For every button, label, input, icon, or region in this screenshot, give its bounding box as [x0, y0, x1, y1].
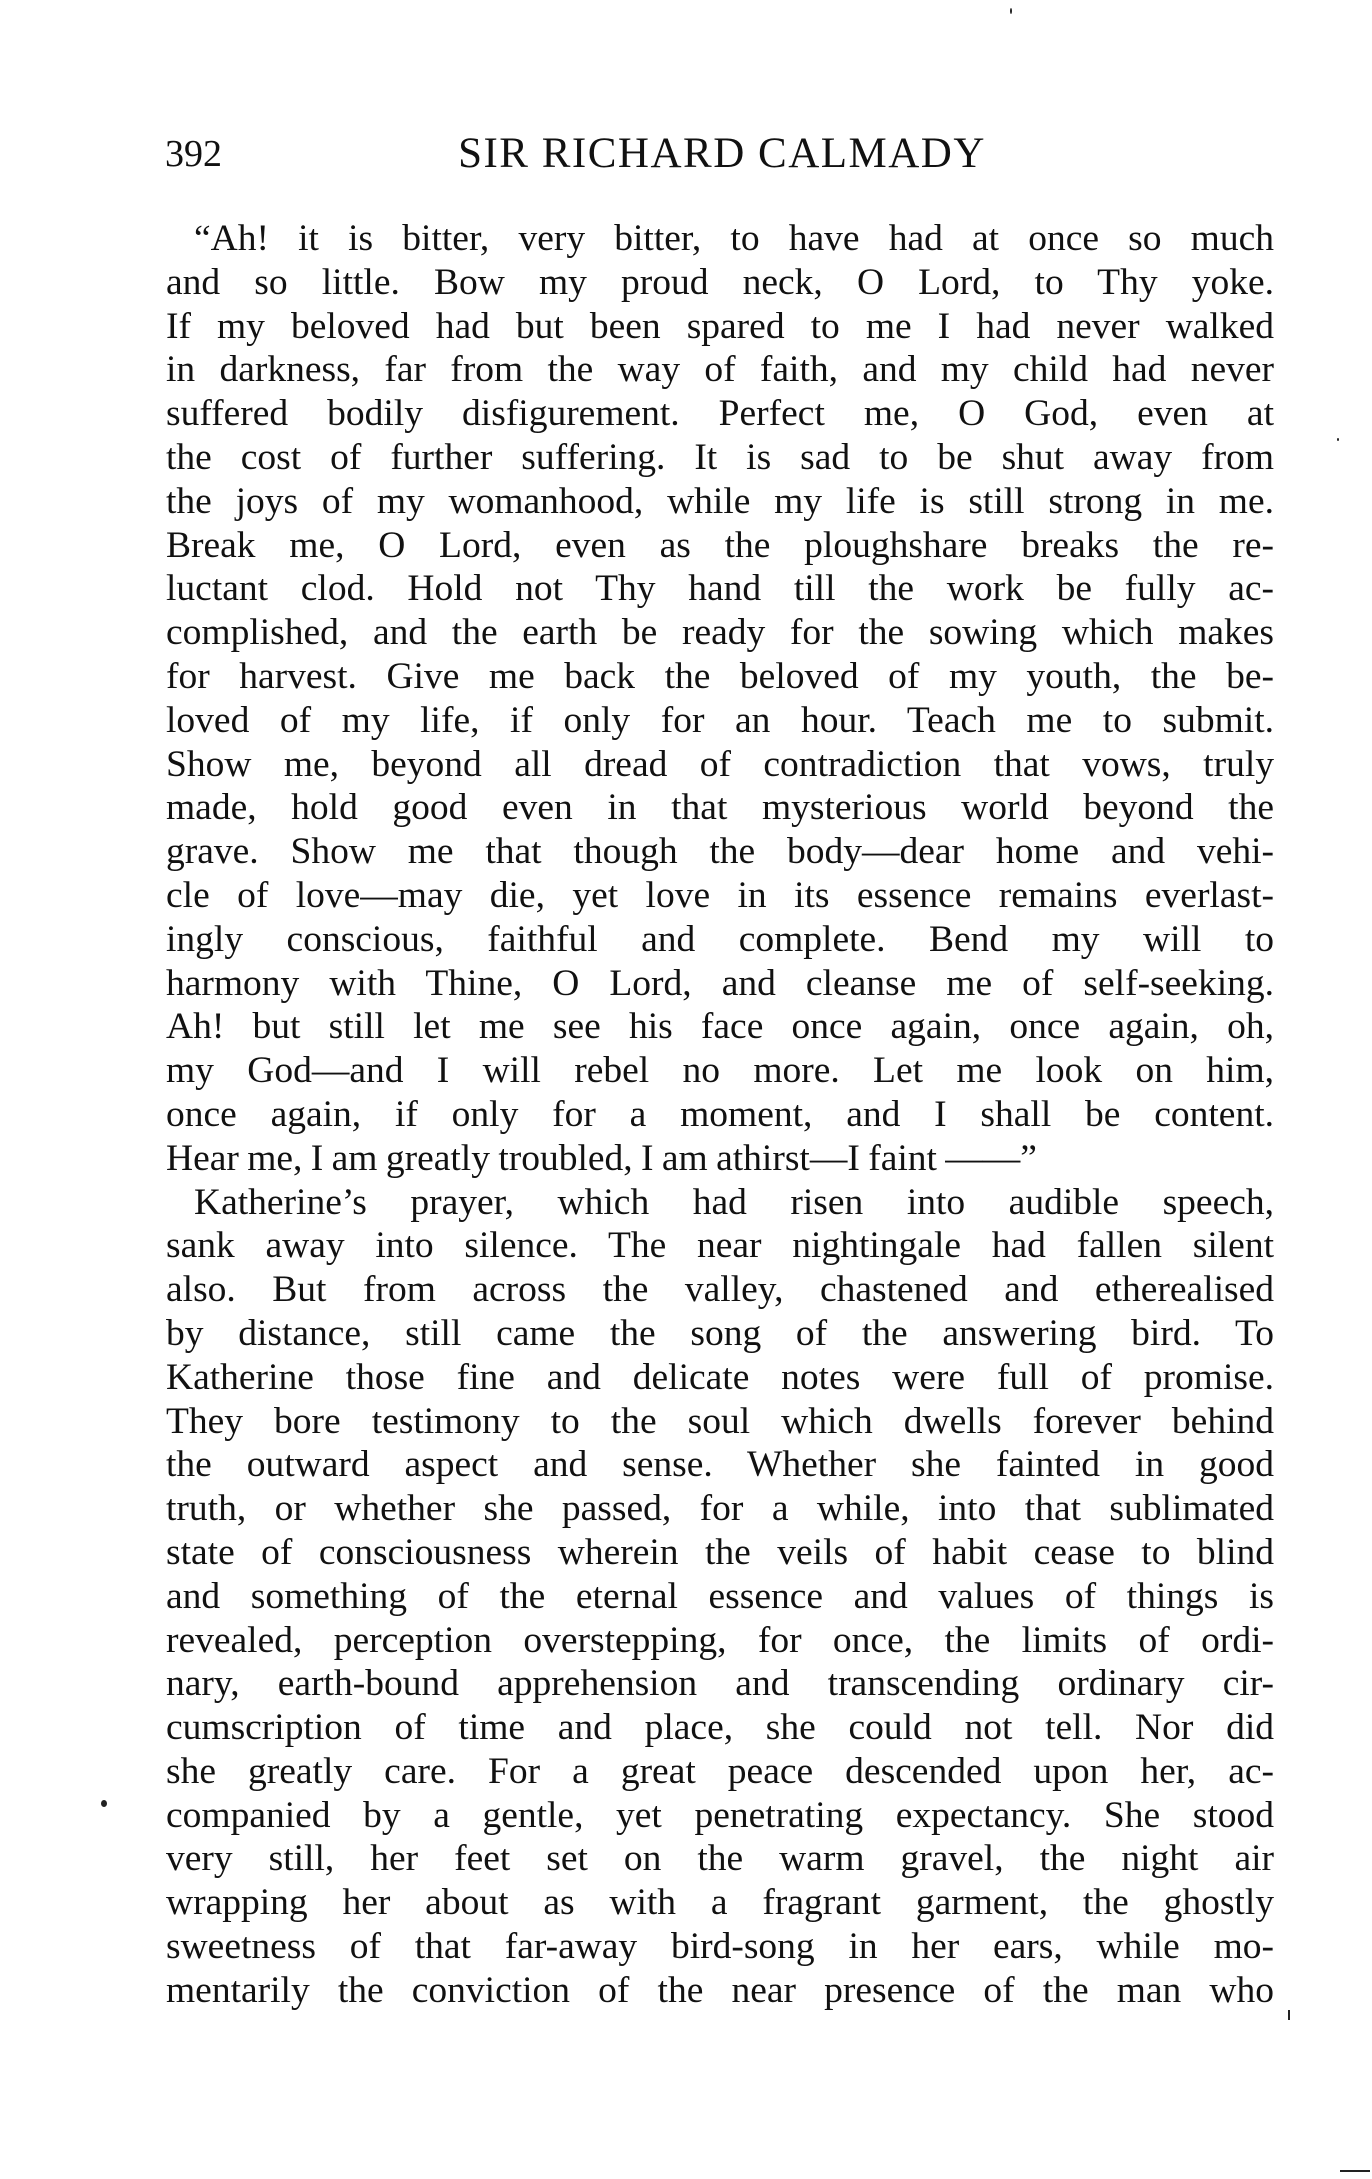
text-line: my God—and I will rebel no more. Let me … [166, 1049, 1274, 1093]
text-line: loved of my life, if only for an hour. T… [166, 699, 1274, 743]
paragraph-katherine: Katherine’s prayer, which had risen into… [166, 1181, 1274, 2013]
scan-speck [101, 1800, 107, 1807]
text-line: and something of the eternal essence and… [166, 1575, 1274, 1619]
text-line: also. But from across the valley, chaste… [166, 1268, 1274, 1312]
text-line: and so little. Bow my proud neck, O Lord… [166, 261, 1274, 305]
text-line: the outward aspect and sense. Whether sh… [166, 1443, 1274, 1487]
text-line: mentarily the conviction of the near pre… [166, 1969, 1274, 2013]
text-line: Katherine’s prayer, which had risen into… [166, 1181, 1274, 1225]
text-line: Ah! but still let me see his face once a… [166, 1005, 1274, 1049]
text-line: companied by a gentle, yet penetrating e… [166, 1794, 1274, 1838]
scan-speck [1340, 2170, 1370, 2172]
text-line: the cost of further suffering. It is sad… [166, 436, 1274, 480]
text-line: Hear me, I am greatly troubled, I am ath… [166, 1137, 1274, 1181]
body-text: “Ah! it is bitter, very bitter, to have … [166, 217, 1274, 2013]
text-line: very still, her feet set on the warm gra… [166, 1837, 1274, 1881]
text-line: complished, and the earth be ready for t… [166, 611, 1274, 655]
text-line: cle of love—may die, yet love in its ess… [166, 874, 1274, 918]
text-line: once again, if only for a moment, and I … [166, 1093, 1274, 1137]
text-line: state of consciousness wherein the veils… [166, 1531, 1274, 1575]
text-line: for harvest. Give me back the beloved of… [166, 655, 1274, 699]
text-line: wrapping her about as with a fragrant ga… [166, 1881, 1274, 1925]
text-line: If my beloved had but been spared to me … [166, 305, 1274, 349]
text-line: sank away into silence. The near nightin… [166, 1224, 1274, 1268]
text-line: sweetness of that far-away bird-song in … [166, 1925, 1274, 1969]
scan-speck [1337, 438, 1339, 441]
running-head: 392 SIR RICHARD CALMADY [165, 128, 1273, 180]
text-line: truth, or whether she passed, for a whil… [166, 1487, 1274, 1531]
text-line: luctant clod. Hold not Thy hand till the… [166, 567, 1274, 611]
text-line: nary, earth-bound apprehension and trans… [166, 1662, 1274, 1706]
scan-speck [1010, 8, 1012, 14]
paragraph-prayer: “Ah! it is bitter, very bitter, to have … [166, 217, 1274, 1181]
text-line: the joys of my womanhood, while my life … [166, 480, 1274, 524]
text-line: Break me, O Lord, even as the ploughshar… [166, 524, 1274, 568]
scan-speck [1288, 2010, 1290, 2020]
text-line: Katherine those fine and delicate notes … [166, 1356, 1274, 1400]
text-line: They bore testimony to the soul which dw… [166, 1400, 1274, 1444]
text-line: cumscription of time and place, she coul… [166, 1706, 1274, 1750]
running-title: SIR RICHARD CALMADY [437, 128, 1007, 180]
text-line: she greatly care. For a great peace desc… [166, 1750, 1274, 1794]
book-page: 392 SIR RICHARD CALMADY “Ah! it is bitte… [0, 0, 1372, 2179]
text-line: ingly conscious, faithful and complete. … [166, 918, 1274, 962]
page-number: 392 [165, 128, 222, 180]
text-line: Show me, beyond all dread of contradicti… [166, 743, 1274, 787]
text-line: revealed, perception overstepping, for o… [166, 1619, 1274, 1663]
text-line: suffered bodily disfigurement. Perfect m… [166, 392, 1274, 436]
text-line: in darkness, far from the way of faith, … [166, 348, 1274, 392]
text-line: by distance, still came the song of the … [166, 1312, 1274, 1356]
text-line: made, hold good even in that mysterious … [166, 786, 1274, 830]
text-line: grave. Show me that though the body—dear… [166, 830, 1274, 874]
text-line: “Ah! it is bitter, very bitter, to have … [166, 217, 1274, 261]
text-line: harmony with Thine, O Lord, and cleanse … [166, 962, 1274, 1006]
